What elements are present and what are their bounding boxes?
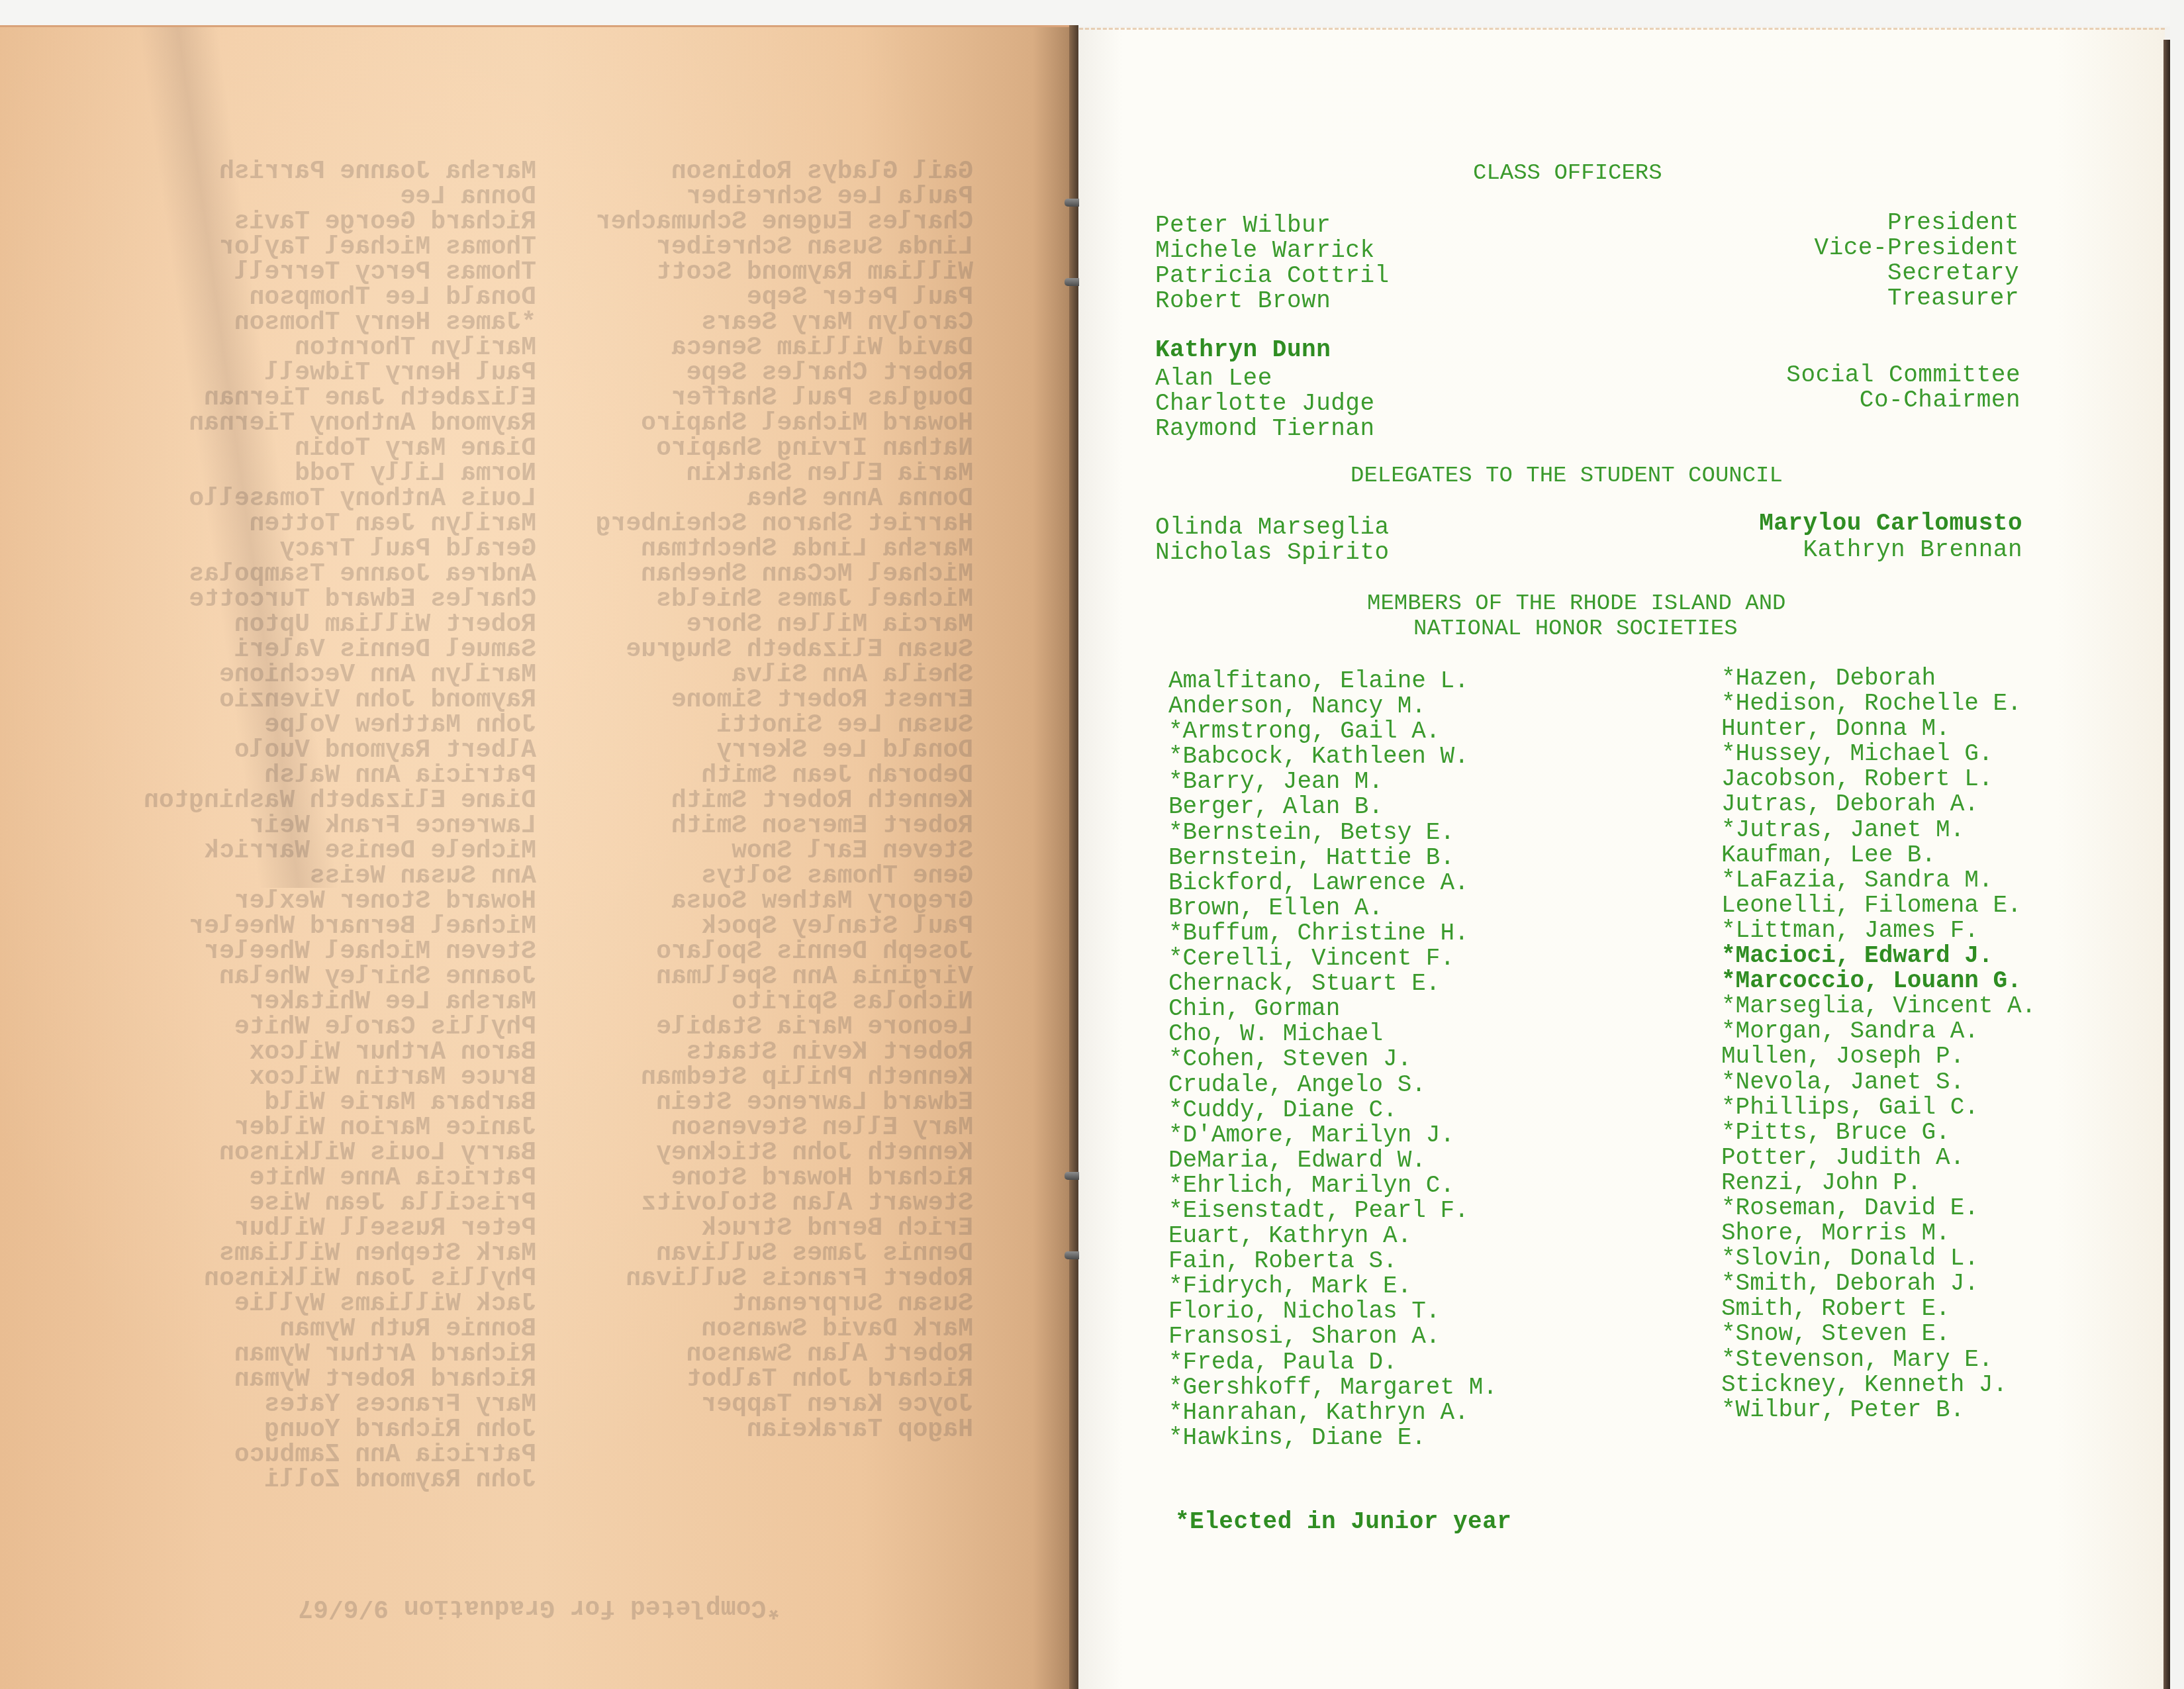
honor-member: *Freda, Paula D. (1168, 1350, 1497, 1375)
honor-member: *Eisenstadt, Pearl F. (1168, 1198, 1497, 1224)
honor-list-column-1: Amalfitano, Elaine L.Anderson, Nancy M.*… (1168, 669, 1497, 1451)
bleed-through-line: Phyllis Carole White (60, 1015, 536, 1040)
bleed-through-line: Dennis James Sullivan (549, 1241, 973, 1267)
bleed-through-line: Marcia Millen Shore (549, 612, 973, 638)
honor-member: Bickford, Lawrence A. (1168, 871, 1497, 896)
bleed-through-line: Richard Arthur Wyman (60, 1342, 536, 1367)
bleed-through-line: Marsha Lee Whitaker (60, 990, 536, 1015)
honor-member: *Snow, Steven E. (1721, 1322, 2036, 1347)
bleed-through-line: Susan Elizabeth Shugrue (549, 638, 973, 663)
social-committee-member: Charlotte Judge (1155, 391, 1375, 416)
bleed-through-line: Susan Lee Sinotti (549, 713, 973, 738)
bleed-through-line: Joanne Shirley Whelan (60, 965, 536, 990)
bleed-through-line: Linda Susan Schreiber (549, 235, 973, 260)
bleed-through-line: Robert Francis Sullivan (549, 1267, 973, 1292)
honor-member: Leonelli, Filomena E. (1721, 893, 2036, 918)
honor-member: *Gershkoff, Margaret M. (1168, 1375, 1497, 1400)
left-page: Marsha Joanne ParrishDonna LeeRichard Ge… (0, 25, 1076, 1689)
bleed-through-line: David William Seneca (549, 336, 973, 361)
officer-name: Robert Brown (1155, 289, 1331, 314)
bleed-through-line: Susan Surprenant (549, 1292, 973, 1317)
bleed-through-line: Nicholas Spirito (549, 990, 973, 1015)
bleed-through-line: Mark Stephen Williams (60, 1241, 536, 1267)
bleed-through-line: Robert Kevin Staats (549, 1040, 973, 1065)
bleed-through-line: Peter Russell Wilbur (60, 1216, 536, 1241)
bleed-through-line: Douglas Paul Shaffer (549, 386, 973, 411)
bleed-through-line: Robert Charles Sepe (549, 361, 973, 386)
honor-member: *Cuddy, Diane C. (1168, 1098, 1497, 1123)
bleed-through-line: Kenneth John Stickney (549, 1141, 973, 1166)
social-committee-title: Social Committee (1688, 363, 2020, 388)
social-committee-member: Kathryn Dunn (1155, 338, 1331, 363)
bleed-through-line: Gail Gladys Robinson (549, 160, 973, 185)
scanner-background (2170, 0, 2184, 1689)
honor-list-column-2: *Hazen, Deborah*Hedison, Rochelle E.Hunt… (1721, 666, 2036, 1423)
bleed-through-line: Charles Eugene Schumacher (549, 210, 973, 235)
bleed-through-line: Kenneth Philip Stedman (549, 1065, 973, 1090)
honor-member: *Hussey, Michael G. (1721, 742, 2036, 767)
bleed-through-line: Jack Williams Wyllie (60, 1292, 536, 1317)
bleed-through-line: Richard George Tavis (60, 210, 536, 235)
page-edge (2163, 40, 2170, 1689)
honor-societies-heading: NATIONAL HONOR SOCIETIES (1413, 616, 1738, 642)
bleed-through-line: Michael McCann Sheehan (549, 562, 973, 587)
bleed-through-line: Michele Denise Warrick (60, 839, 536, 864)
honor-member: Crudale, Angelo S. (1168, 1073, 1497, 1098)
officer-name: Peter Wilbur (1155, 213, 1331, 238)
honor-member: *Morgan, Sandra A. (1721, 1019, 2036, 1044)
bleed-through-line: Barry Louis Wilkinson (60, 1141, 536, 1166)
bleed-through-line: Janice Marion Wilder (60, 1116, 536, 1141)
bleed-through-line: Raymond John Vivenzio (60, 688, 536, 713)
bleed-through-line: Mary Frances Yates (60, 1392, 536, 1418)
bleed-through-line: John Raymond Zolli (60, 1468, 536, 1493)
bleed-through-line: Elizabeth Jane Tiernan (60, 386, 536, 411)
honor-member: Berger, Alan B. (1168, 795, 1497, 820)
bleed-through-line: Bonnie Ruth Wyman (60, 1317, 536, 1342)
honor-member: Cho, W. Michael (1168, 1022, 1497, 1047)
honor-member: Fransosi, Sharon A. (1168, 1324, 1497, 1349)
honor-member: *D'Amore, Marilyn J. (1168, 1123, 1497, 1148)
bleed-through-line: Paula Lee Schreiber (549, 185, 973, 210)
honor-member: Potter, Judith A. (1721, 1145, 2036, 1171)
bleed-through-line: Mary Ellen Stevenson (549, 1116, 973, 1141)
honor-member: Jutras, Deborah A. (1721, 792, 2036, 817)
officer-title: Secretary (1721, 261, 2019, 286)
bleed-through-line: Carolyn Mary Sears (549, 311, 973, 336)
honor-member: Smith, Robert E. (1721, 1296, 2036, 1322)
bleed-through-line: Paul Stanley Spock (549, 914, 973, 940)
honor-member: Hunter, Donna M. (1721, 716, 2036, 742)
bleed-through-line: Richard Howard Stone (549, 1166, 973, 1191)
bleed-through-line: William Raymond Scott (549, 260, 973, 285)
bleed-through-line: Donald Lee Skerry (549, 738, 973, 763)
honor-member: Shore, Morris M. (1721, 1221, 2036, 1246)
honor-member: *Cohen, Steven J. (1168, 1047, 1497, 1072)
bleed-through-line: Patricia Anne White (60, 1166, 536, 1191)
bleed-through-line: Steven Michael Wheeler (60, 940, 536, 965)
bleed-through-line: Howard Michael Shapiro (549, 411, 973, 436)
bleed-through-line: Richard John Talbot (549, 1367, 973, 1392)
bleed-through-line: Mark David Swanson (549, 1317, 973, 1342)
honor-member: *Bernstein, Betsy E. (1168, 820, 1497, 845)
honor-member: Mullen, Joseph P. (1721, 1044, 2036, 1069)
honor-member: *Jutras, Janet M. (1721, 818, 2036, 843)
honor-member: *Nevola, Janet S. (1721, 1070, 2036, 1095)
bleed-through-line: Deborah Jean Smith (549, 763, 973, 789)
bleed-through-line: Albert Raymond Vuolo (60, 738, 536, 763)
honor-member: Amalfitano, Elaine L. (1168, 669, 1497, 694)
honor-member: Chin, Gorman (1168, 996, 1497, 1022)
bleed-through-line: Ernest Robert Simone (549, 688, 973, 713)
bleed-through-line: Virginia Ann Spellman (549, 965, 973, 990)
honor-member: *Marseglia, Vincent A. (1721, 994, 2036, 1019)
honor-member: *Pitts, Bruce G. (1721, 1120, 2036, 1145)
bleed-through-line: Barbara Marie Wild (60, 1090, 536, 1116)
honor-member: Euart, Kathryn A. (1168, 1224, 1497, 1249)
bleed-through-line: Thomas Michael Taylor (60, 235, 536, 260)
officer-title: President (1721, 211, 2019, 236)
bleed-through-line: Marsha Joanne Parrish (60, 160, 536, 185)
officer-title: Treasurer (1721, 286, 2019, 311)
officer-name: Michele Warrick (1155, 238, 1375, 264)
honor-member: *Smith, Deborah J. (1721, 1271, 2036, 1296)
bleed-through-line: Gerald Paul Tracy (60, 537, 536, 562)
bleed-through-line: Thomas Percy Terrell (60, 260, 536, 285)
bleed-through-line: Charles Edward Turcotte (60, 587, 536, 612)
bleed-through-line: Harriet Sharon Scheinberg (549, 512, 973, 537)
officer-title: Vice-President (1721, 236, 2019, 261)
honor-member: *Phillips, Gail C. (1721, 1095, 2036, 1120)
social-committee-member: Alan Lee (1155, 366, 1272, 391)
honor-member: Stickney, Kenneth J. (1721, 1373, 2036, 1398)
honor-member: *Littman, James F. (1721, 918, 2036, 943)
social-committee-member: Raymond Tiernan (1155, 416, 1375, 442)
honor-member: *Hedison, Rochelle E. (1721, 691, 2036, 716)
honor-member: Kaufman, Lee B. (1721, 843, 2036, 868)
honor-member: Renzi, John P. (1721, 1171, 2036, 1196)
honor-member: *Macioci, Edward J. (1721, 943, 2036, 969)
bleed-through-line: Donald Lee Thompson (60, 285, 536, 311)
bleed-through-column-2: Gail Gladys RobinsonPaula Lee SchreiberC… (549, 160, 973, 1443)
bleed-through-line: Michael Bernard Wheeler (60, 914, 536, 940)
bleed-through-line: Marilyn Jean Totten (60, 512, 536, 537)
bleed-through-line: Leonore Maria Stabile (549, 1015, 973, 1040)
bleed-through-line: Priscilla Jean Wise (60, 1191, 536, 1216)
bleed-through-line: Marilyn Ann Vecchione (60, 663, 536, 688)
officer-name: Patricia Cottril (1155, 264, 1390, 289)
honor-member: *Stevenson, Mary E. (1721, 1347, 2036, 1373)
honor-member: *Hanrahan, Kathryn A. (1168, 1400, 1497, 1425)
bleed-through-line: *James Henry Thomson (60, 311, 536, 336)
honor-member: *Wilbur, Peter B. (1721, 1398, 2036, 1423)
bleed-through-footnote: *Completed for Graduation 9/6/67 (252, 1593, 781, 1621)
honor-member: *Fidrych, Mark E. (1168, 1274, 1497, 1299)
council-delegate: Olinda Marseglia (1155, 515, 1390, 540)
honor-member: Jacobson, Robert L. (1721, 767, 2036, 792)
social-committee-title: Co-Chairmen (1688, 388, 2020, 413)
honor-member: Bernstein, Hattie B. (1168, 845, 1497, 871)
bleed-through-line: Donna Lee (60, 185, 536, 210)
honor-member: Fain, Roberta S. (1168, 1249, 1497, 1274)
bleed-through-line: Diane Mary Tobin (60, 436, 536, 461)
honor-member: *Slovin, Donald L. (1721, 1246, 2036, 1271)
bleed-through-line: Marilyn Thornton (60, 336, 536, 361)
bleed-through-line: Stewart Alan Stolovitz (549, 1191, 973, 1216)
council-delegate: Kathryn Brennan (1688, 538, 2022, 563)
bleed-through-line: Patricia Ann Zambuco (60, 1443, 536, 1468)
honor-member: *Ehrlich, Marilyn C. (1168, 1173, 1497, 1198)
honor-member: Chernack, Stuart E. (1168, 971, 1497, 996)
bleed-through-line: Marsha Linda Shechtman (549, 537, 973, 562)
bleed-through-line: Maria Ellen Shatkin (549, 461, 973, 487)
bleed-through-line: Hagop Tarakeian (549, 1418, 973, 1443)
bleed-through-line: Baron Arthur Wilcox (60, 1040, 536, 1065)
bleed-through-line: Howard Stoner Wexler (60, 889, 536, 914)
bleed-through-column-1: Marsha Joanne ParrishDonna LeeRichard Ge… (60, 160, 536, 1493)
bleed-through-line: Kenneth Robert Smith (549, 789, 973, 814)
bleed-through-line: Richard Robert Wyman (60, 1367, 536, 1392)
bleed-through-line: Patricia Ann Walsh (60, 763, 536, 789)
bleed-through-line: Robert Alan Swanson (549, 1342, 973, 1367)
honor-member: *Buffum, Christine H. (1168, 921, 1497, 946)
bleed-through-line: Lawrence Frank Weir (60, 814, 536, 839)
bleed-through-line: Nathan Irving Shapiro (549, 436, 973, 461)
book-spine (1069, 25, 1078, 1689)
bleed-through-line: Steven Earl Snow (549, 839, 973, 864)
bleed-through-line: Paul Peter Sepe (549, 285, 973, 311)
footnote: *Elected in Junior year (1175, 1510, 1511, 1535)
bleed-through-line: Donna Anne Shea (549, 487, 973, 512)
honor-member: *Cerelli, Vincent F. (1168, 946, 1497, 971)
bleed-through-line: Robert William Upton (60, 612, 536, 638)
honor-member: *LaFazia, Sandra M. (1721, 868, 2036, 893)
bleed-through-line: Sheila Ann Silva (549, 663, 973, 688)
bleed-through-line: Samuel Dennis Valeri (60, 638, 536, 663)
scanner-background (0, 0, 2184, 26)
honor-member: *Hawkins, Diane E. (1168, 1425, 1497, 1451)
honor-member: *Hazen, Deborah (1721, 666, 2036, 691)
council-delegate: Marylou Carlomusto (1688, 511, 2022, 536)
bleed-through-line: John Matthew Volpe (60, 713, 536, 738)
honor-member: *Marcoccio, Louann G. (1721, 969, 2036, 994)
student-council-heading: DELEGATES TO THE STUDENT COUNCIL (1351, 463, 1783, 489)
bleed-through-line: John Richard Young (60, 1418, 536, 1443)
bleed-through-line: Bruce Martin Wilcox (60, 1065, 536, 1090)
class-officers-heading: CLASS OFFICERS (1473, 161, 1662, 186)
bleed-through-line: Andrea Joanne Tsampolas (60, 562, 536, 587)
honor-member: Florio, Nicholas T. (1168, 1299, 1497, 1324)
bleed-through-line: Diane Elizabeth Washington (60, 789, 536, 814)
honor-member: *Barry, Jean M. (1168, 769, 1497, 795)
honor-societies-heading: MEMBERS OF THE RHODE ISLAND AND (1367, 591, 1786, 616)
bleed-through-line: Phyllis Joan Wilkinson (60, 1267, 536, 1292)
bleed-through-line: Erich Bernd Struck (549, 1216, 973, 1241)
bleed-through-line: Raymond Anthony Tiernan (60, 411, 536, 436)
bleed-through-line: Edward Lawrence Stein (549, 1090, 973, 1116)
bleed-through-line: Robert Emerson Smith (549, 814, 973, 839)
bleed-through-line: Gene Thomas Soltys (549, 864, 973, 889)
bleed-through-line: Gregory Mathew Sousa (549, 889, 973, 914)
council-delegate: Nicholas Spirito (1155, 540, 1390, 565)
bleed-through-line: Paul Henry Tidwell (60, 361, 536, 386)
honor-member: *Babcock, Kathleen W. (1168, 744, 1497, 769)
bleed-through-line: Norma Lilly Todd (60, 461, 536, 487)
bleed-through-line: Joseph Dennis Spolaro (549, 940, 973, 965)
bleed-through-line: Joyce Karen Tapper (549, 1392, 973, 1418)
honor-member: Brown, Ellen A. (1168, 896, 1497, 921)
honor-member: DeMaria, Edward W. (1168, 1148, 1497, 1173)
bleed-through-line: Michael James Shields (549, 587, 973, 612)
bleed-through-line: Ann Susan Weiss (60, 864, 536, 889)
bleed-through-line: Louis Anthony Tomasello (60, 487, 536, 512)
honor-member: *Roseman, David E. (1721, 1196, 2036, 1221)
honor-member: *Armstrong, Gail A. (1168, 719, 1497, 744)
honor-member: Anderson, Nancy M. (1168, 694, 1497, 719)
